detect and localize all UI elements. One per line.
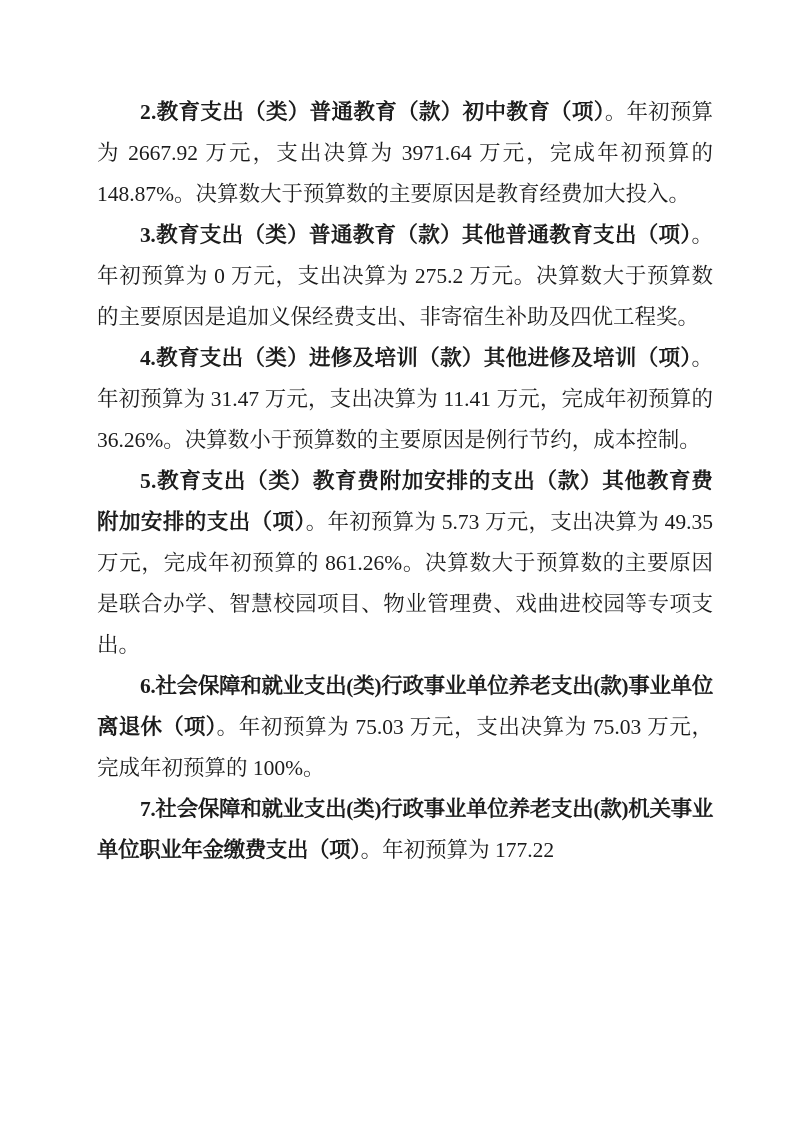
budget-paragraph-2: 2.教育支出（类）普通教育（款）初中教育（项）。年初预算为 2667.92 万元… <box>97 92 713 215</box>
budget-paragraph-6: 6.社会保障和就业支出(类)行政事业单位养老支出(款)事业单位离退休（项）。年初… <box>97 666 713 789</box>
paragraph-7-body: 。年初预算为 177.22 <box>361 838 555 862</box>
document-page: 2.教育支出（类）普通教育（款）初中教育（项）。年初预算为 2667.92 万元… <box>0 0 793 1122</box>
document-body: 2.教育支出（类）普通教育（款）初中教育（项）。年初预算为 2667.92 万元… <box>97 92 713 871</box>
paragraph-4-heading: 4.教育支出（类）进修及培训（款）其他进修及培训（项） <box>140 346 691 370</box>
budget-paragraph-5: 5.教育支出（类）教育费附加安排的支出（款）其他教育费附加安排的支出（项）。年初… <box>97 461 713 666</box>
paragraph-2-heading: 2.教育支出（类）普通教育（款）初中教育（项） <box>140 100 605 124</box>
budget-paragraph-7: 7.社会保障和就业支出(类)行政事业单位养老支出(款)机关事业单位职业年金缴费支… <box>97 789 713 871</box>
budget-paragraph-3: 3.教育支出（类）普通教育（款）其他普通教育支出（项）。年初预算为 0 万元，支… <box>97 215 713 338</box>
paragraph-3-heading: 3.教育支出（类）普通教育（款）其他普通教育支出（项） <box>140 223 691 247</box>
budget-paragraph-4: 4.教育支出（类）进修及培训（款）其他进修及培训（项）。年初预算为 31.47 … <box>97 338 713 461</box>
